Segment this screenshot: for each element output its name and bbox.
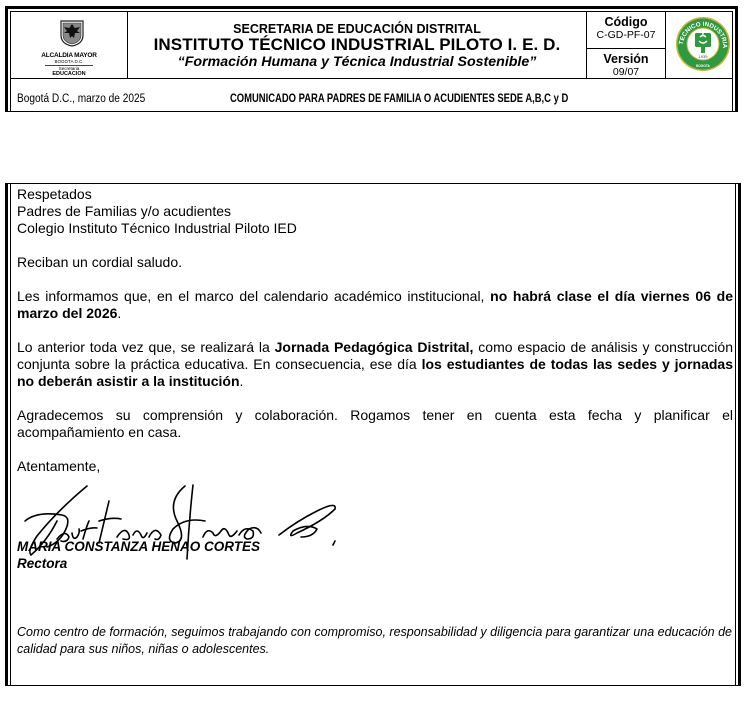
- header-bottom-row: Bogotá D.C., marzo de 2025 COMUNICADO PA…: [11, 79, 732, 115]
- header-top-row: ALCALDIA MAYOR BOGOTA D.C. Secretaria ED…: [11, 12, 732, 79]
- code-label: Código: [587, 16, 665, 29]
- document-heading: COMUNICADO PARA PADRES DE FAMILIA O ACUD…: [230, 93, 568, 105]
- greeting: Reciban un cordial saludo.: [17, 254, 733, 271]
- version-value: 09/07: [587, 66, 665, 79]
- bogota-coat-of-arms-icon: [58, 19, 86, 47]
- letter-text: Respetados Padres de Familias y/o acudie…: [17, 186, 733, 475]
- logo-alcaldia-text: ALCALDIA MAYOR: [11, 52, 127, 59]
- logo-educacion-text: EDUCACION: [11, 71, 127, 77]
- salutation-line: Respetados: [17, 186, 733, 203]
- version-label: Versión: [587, 53, 665, 66]
- document-header: ALCALDIA MAYOR BOGOTA D.C. Secretaria ED…: [5, 6, 738, 112]
- logo-bogota-text: BOGOTA D.C.: [11, 59, 127, 64]
- paragraph-thanks: Agradecemos su comprensión y colaboració…: [17, 407, 733, 441]
- date-place: Bogotá D.C., marzo de 2025: [17, 93, 145, 105]
- letter-body-box: Respetados Padres de Familias y/o acudie…: [5, 183, 741, 686]
- document-code-cell: Código C-GD-PF-07 Versión 09/07: [587, 12, 666, 78]
- code-block: Código C-GD-PF-07: [587, 16, 665, 49]
- school-seal-icon: TECNICO INDUSTRIAL PILOTO 1939 BOGOTA: [675, 16, 731, 72]
- paragraph-jornada: Lo anterior toda vez que, se realizará l…: [17, 339, 733, 390]
- version-block: Versión 09/07: [587, 53, 665, 79]
- letter-body-inner: Respetados Padres de Familias y/o acudie…: [10, 184, 736, 685]
- p2-text-a: Lo anterior toda vez que, se realizará l…: [17, 339, 275, 355]
- svg-text:BOGOTA: BOGOTA: [696, 64, 710, 68]
- p2-bold-jornada: Jornada Pedagógica Distrital,: [275, 339, 474, 355]
- svg-text:1939: 1939: [699, 54, 709, 59]
- signature-block: MARIA CONSTANZA HENAO CORTES Rectora: [17, 481, 347, 571]
- valediction: Atentamente,: [17, 458, 733, 475]
- paragraph-no-class: Les informamos que, en el marco del cale…: [17, 288, 733, 322]
- alcaldia-logo-cell: ALCALDIA MAYOR BOGOTA D.C. Secretaria ED…: [11, 12, 128, 78]
- salutation-line: Padres de Familias y/o acudientes: [17, 203, 733, 220]
- signatory-name: MARIA CONSTANZA HENAO CORTES: [17, 538, 260, 555]
- p1-end: .: [117, 305, 121, 321]
- closing-note: Como centro de formación, seguimos traba…: [17, 624, 733, 658]
- salutation-line: Colegio Instituto Técnico Industrial Pil…: [17, 220, 733, 237]
- school-seal-cell: TECNICO INDUSTRIAL PILOTO 1939 BOGOTA: [666, 12, 732, 78]
- header-table: ALCALDIA MAYOR BOGOTA D.C. Secretaria ED…: [10, 11, 733, 111]
- institution-title-cell: SECRETARIA DE EDUCACIÓN DISTRITAL INSTIT…: [128, 12, 587, 78]
- p1-text: Les informamos que, en el marco del cale…: [17, 288, 490, 304]
- p2-end: .: [240, 373, 244, 389]
- institution-name: INSTITUTO TÉCNICO INDUSTRIAL PILOTO I. E…: [128, 36, 586, 54]
- signatory-role: Rectora: [17, 555, 67, 572]
- institution-motto: “Formación Humana y Técnica Industrial S…: [128, 54, 586, 71]
- code-value: C-GD-PF-07: [587, 29, 665, 42]
